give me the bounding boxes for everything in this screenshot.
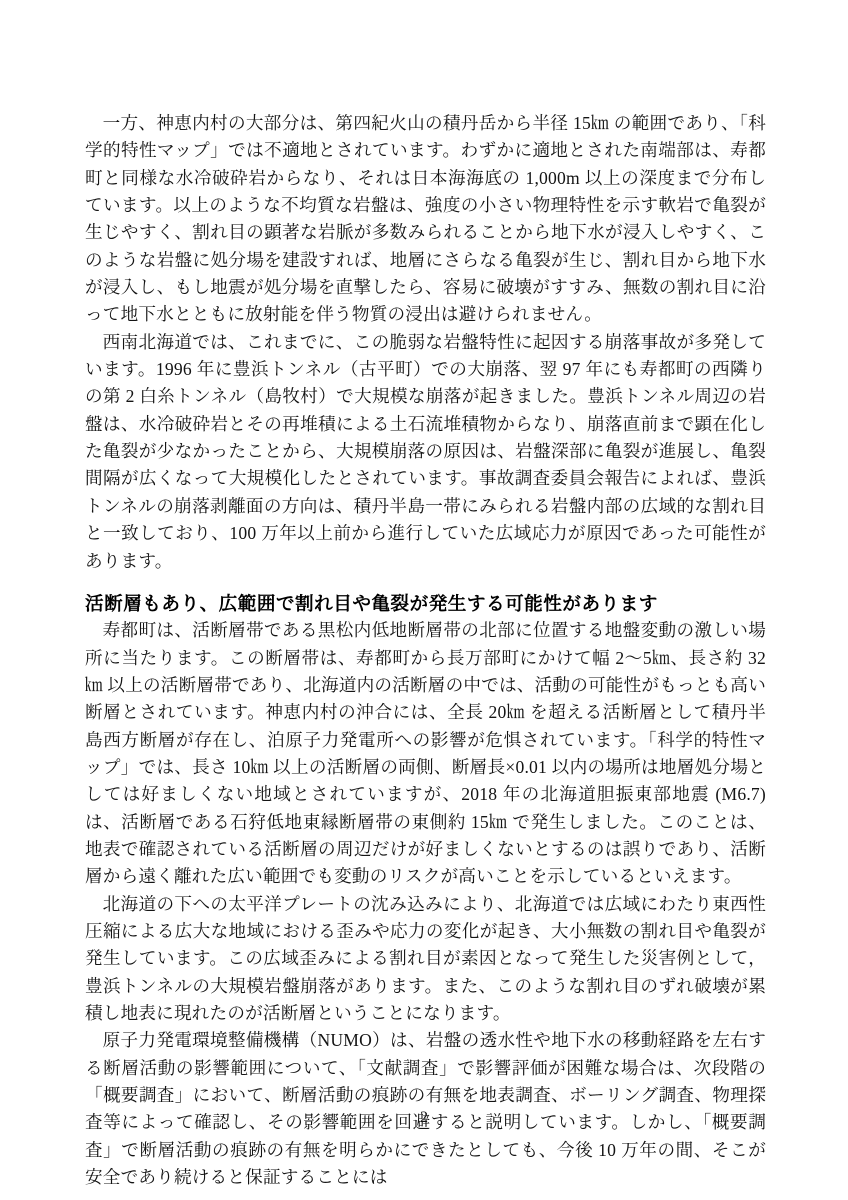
paragraph-kamoenai-geology: 一方、神恵内村の大部分は、第四紀火山の積丹岳から半径 15㎞ の範囲であり、「科… xyxy=(85,110,766,329)
paragraph-tunnel-collapses: 西南北海道では、これまでに、この脆弱な岩盤特性に起因する崩落事故が多発しています… xyxy=(85,329,766,575)
section-heading-active-faults: 活断層もあり、広範囲で割れ目や亀裂が発生する可能性があります xyxy=(85,590,766,617)
page-number: 2 xyxy=(0,1108,848,1128)
document-page: 一方、神恵内村の大部分は、第四紀火山の積丹岳から半径 15㎞ の範囲であり、「科… xyxy=(0,0,848,1200)
document-body: 一方、神恵内村の大部分は、第四紀火山の積丹岳から半径 15㎞ の範囲であり、「科… xyxy=(85,110,766,1191)
paragraph-fault-zones: 寿都町は、活断層帯である黒松内低地断層帯の北部に位置する地盤変動の激しい場所に当… xyxy=(85,617,766,890)
paragraph-plate-subduction: 北海道の下への太平洋プレートの沈み込みにより、北海道では広域にわたり東西性圧縮に… xyxy=(85,891,766,1028)
